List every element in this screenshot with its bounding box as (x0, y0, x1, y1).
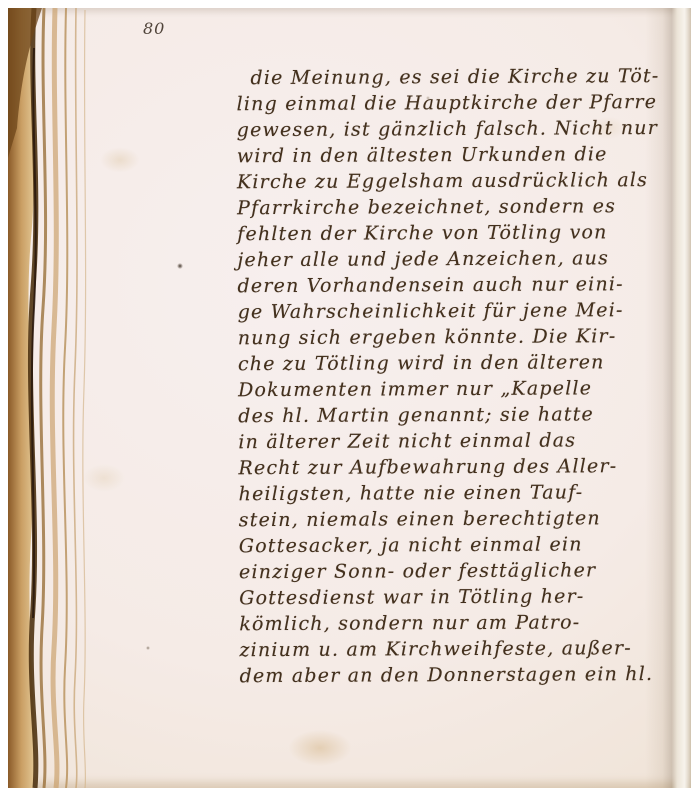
handwritten-line: nung sich ergeben könnte. Die Kir- (238, 323, 691, 351)
handwritten-line: in älterer Zeit nicht einmal das (238, 427, 691, 455)
handwritten-line: dem aber an den Donnerstagen ein hl. (240, 661, 691, 689)
handwritten-line: Gottesdienst war in Tötling her- (239, 583, 691, 611)
handwritten-line: Dokumenten immer nur „Kapelle (238, 375, 691, 403)
handwritten-line: Kirche zu Eggelsham ausdrücklich als (237, 167, 691, 195)
page-number: 80 (143, 19, 165, 38)
handwritten-line: Pfarrkirche bezeichnet, sondern es (237, 193, 691, 221)
handwritten-line: ling einmal die Hauptkirche der Pfarre (237, 89, 691, 117)
handwritten-line: die Meinung, es sei die Kirche zu Töt- (236, 63, 691, 91)
handwritten-text-block: die Meinung, es sei die Kirche zu Töt- l… (236, 63, 691, 689)
handwritten-line: deren Vorhandensein auch nur eini- (237, 271, 691, 299)
handwritten-line: heiligsten, hatte nie einen Tauf- (239, 479, 691, 507)
handwritten-line: gewesen, ist gänzlich falsch. Nicht nur (237, 115, 691, 143)
handwritten-line: che zu Tötling wird in den älteren (238, 349, 691, 377)
handwritten-line: jeher alle und jede Anzeichen, aus (237, 245, 691, 273)
handwritten-line: einziger Sonn- oder festtäglicher (239, 557, 691, 585)
handwritten-line: wird in den ältesten Urkunden die (237, 141, 691, 169)
handwritten-line: kömlich, sondern nur am Patro- (239, 609, 691, 637)
handwritten-line: stein, niemals einen berechtigten (239, 505, 691, 533)
handwritten-line: des hl. Martin genannt; sie hatte (238, 401, 691, 429)
scanned-manuscript-page: 80 die Meinung, es sei die Kirche zu Töt… (8, 8, 691, 788)
handwritten-line: Gottesacker, ja nicht einmal ein (239, 531, 691, 559)
handwritten-line: ge Wahrscheinlichkeit für jene Mei- (238, 297, 691, 325)
stacked-page-edges (8, 8, 96, 788)
handwritten-line: Recht zur Aufbewahrung des Aller- (238, 453, 691, 481)
handwritten-line: fehlten der Kirche von Tötling von (237, 219, 691, 247)
handwritten-line: zinium u. am Kirchweihfeste, außer- (239, 635, 691, 663)
